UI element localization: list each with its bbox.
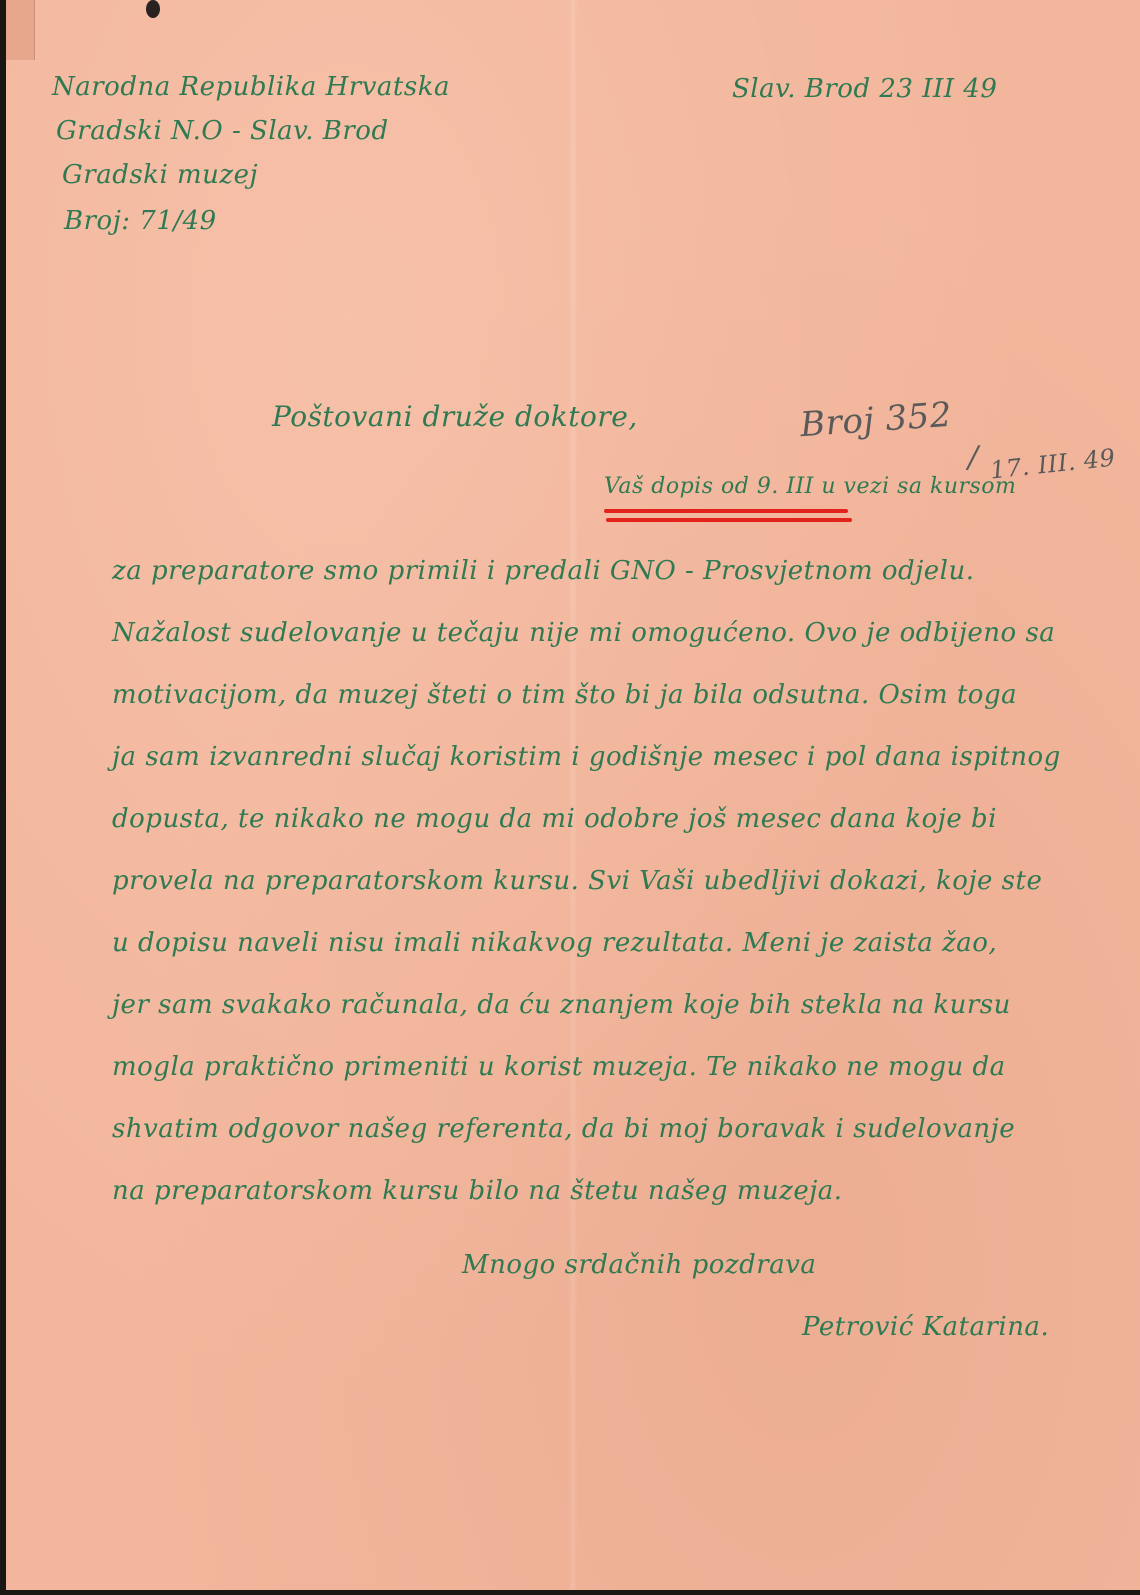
body-line-10: shvatim odgovor našeg referenta, da bi m… xyxy=(112,1114,1015,1144)
header-line-4: Broj: 71/49 xyxy=(64,206,217,236)
ink-stain xyxy=(146,0,160,18)
header-line-2: Gradski N.O - Slav. Brod xyxy=(56,116,389,146)
closing: Mnogo srdačnih pozdrava xyxy=(462,1250,816,1280)
body-line-11: na preparatorskom kursu bilo na štetu na… xyxy=(112,1176,843,1206)
header-line-3: Gradski muzej xyxy=(62,160,258,190)
reference-line: Vaš dopis od 9. III u vezi sa kursom xyxy=(604,474,1016,499)
salutation: Poštovani druže doktore, xyxy=(272,400,638,433)
body-line-9: mogla praktično primeniti u korist muzej… xyxy=(112,1052,1006,1082)
folded-corner xyxy=(6,0,35,60)
body-line-7: u dopisu naveli nisu imali nikakvog rezu… xyxy=(112,928,997,958)
body-line-4: ja sam izvanredni slučaj koristim i godi… xyxy=(112,742,1061,772)
body-line-5: dopusta, te nikako ne mogu da mi odobre … xyxy=(112,804,997,834)
body-line-8: jer sam svakako računala, da ću znanjem … xyxy=(112,990,1011,1020)
red-underline-2 xyxy=(606,518,852,522)
red-underline-1 xyxy=(604,509,848,513)
signature: Petrović Katarina. xyxy=(802,1312,1049,1342)
body-line-6: provela na preparatorskom kursu. Svi Vaš… xyxy=(112,866,1042,896)
body-line-1: za preparatore smo primili i predali GNO… xyxy=(112,556,974,586)
letter-paper xyxy=(6,0,1140,1590)
pencil-slash: / xyxy=(968,440,979,475)
header-line-1: Narodna Republika Hrvatska xyxy=(52,72,450,102)
body-line-3: motivacijom, da muzej šteti o tim što bi… xyxy=(112,680,1017,710)
body-line-2: Nažalost sudelovanje u tečaju nije mi om… xyxy=(112,618,1055,648)
place-date: Slav. Brod 23 III 49 xyxy=(732,74,997,104)
